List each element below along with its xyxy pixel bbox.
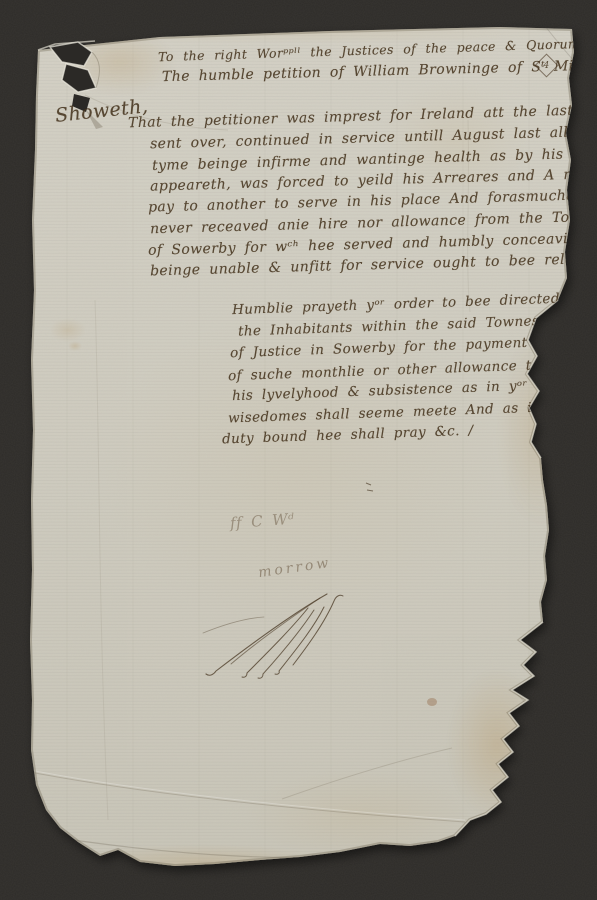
prayer-line: wisedomes shall seeme meete And as in [228, 400, 541, 427]
endorsement-faint-1: ff C Wᵈ [229, 510, 294, 532]
endorsement-faint-2: morrow [257, 555, 332, 581]
prayer-line: duty bound hee shall pray &c. / [222, 423, 474, 448]
page-number: 4 [544, 60, 550, 70]
manuscript-photo: To the right Worᵖᵖˡˡ the Justices of the… [0, 0, 597, 900]
prayer-line: of Justice in Sowerby for the payment [230, 335, 528, 361]
